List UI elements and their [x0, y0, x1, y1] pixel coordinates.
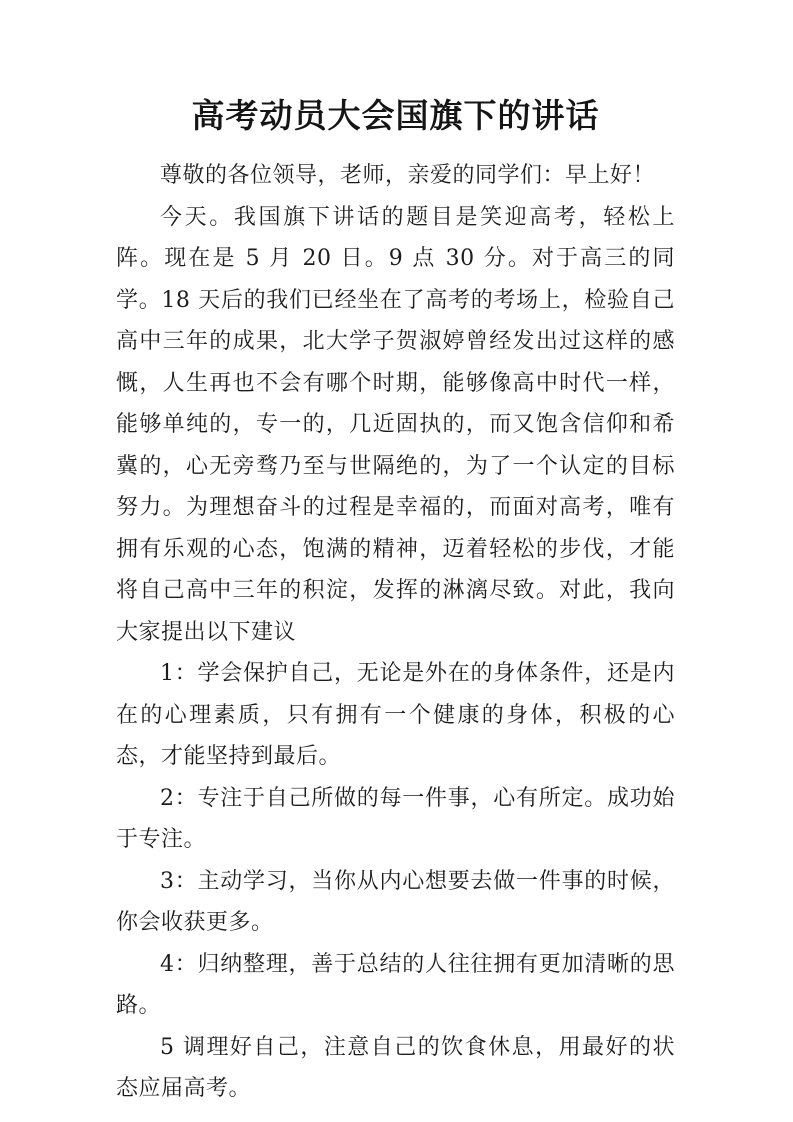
paragraph-suggestion-5: 5 调理好自己，注意自己的饮食休息，用最好的状态应届高考。 [116, 1027, 675, 1110]
paragraph-suggestion-3: 3：主动学习，当你从内心想要去做一件事的时候，你会收获更多。 [116, 861, 675, 944]
document-title: 高考动员大会国旗下的讲话 [116, 92, 675, 140]
paragraph-suggestion-1: 1：学会保护自己，无论是外在的身体条件，还是内在的心理素质，只有拥有一个健康的身… [116, 653, 675, 778]
document-body: 尊敬的各位领导，老师，亲爱的同学们：早上好！ 今天。我国旗下讲话的题目是笑迎高考… [116, 155, 675, 1110]
paragraph-suggestion-4: 4：归纳整理，善于总结的人往往拥有更加清晰的思路。 [116, 944, 675, 1027]
paragraph-intro: 今天。我国旗下讲话的题目是笑迎高考，轻松上阵。现在是 5 月 20 日。9 点 … [116, 197, 675, 654]
paragraph-suggestion-2: 2：专注于自己所做的每一件事，心有所定。成功始于专注。 [116, 778, 675, 861]
paragraph-greeting: 尊敬的各位领导，老师，亲爱的同学们：早上好！ [116, 155, 675, 197]
document-page: 高考动员大会国旗下的讲话 尊敬的各位领导，老师，亲爱的同学们：早上好！ 今天。我… [0, 0, 793, 1122]
